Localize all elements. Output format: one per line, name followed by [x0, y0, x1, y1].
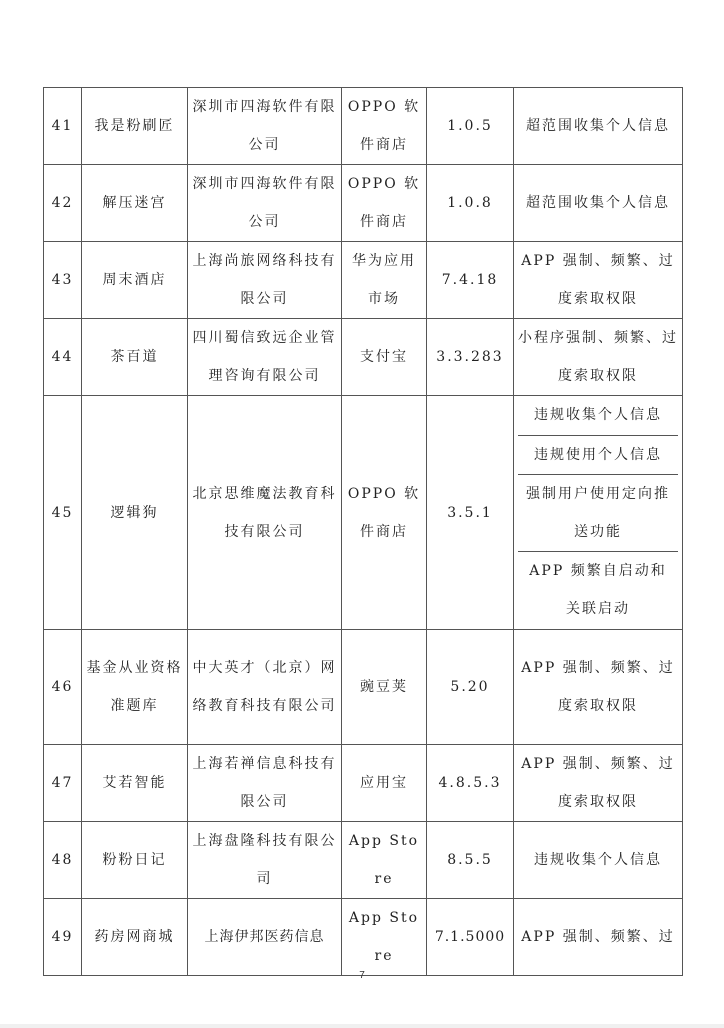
- app-store: App Store: [342, 822, 427, 899]
- company-name: 中大英才（北京）网络教育科技有限公司: [188, 630, 342, 745]
- app-store: 应用宝: [342, 745, 427, 822]
- app-version: 7.4.18: [427, 242, 514, 319]
- row-number: 45: [44, 396, 82, 630]
- issue: 违规收集个人信息: [514, 822, 683, 899]
- row-number: 47: [44, 745, 82, 822]
- issue: APP 强制、频繁、过度索取权限: [514, 630, 683, 745]
- app-store: 豌豆荚: [342, 630, 427, 745]
- issue: APP 强制、频繁、过度索取权限: [514, 745, 683, 822]
- issue: APP 强制、频繁、过度索取权限: [514, 242, 683, 319]
- issue: 超范围收集个人信息: [514, 165, 683, 242]
- row-number: 44: [44, 319, 82, 396]
- page-edge: [0, 1024, 724, 1028]
- table-row: 43 周末酒店 上海尚旅网络科技有限公司 华为应用市场 7.4.18 APP 强…: [44, 242, 683, 319]
- app-name: 周末酒店: [82, 242, 188, 319]
- app-version: 5.20: [427, 630, 514, 745]
- app-name: 药房网商城: [82, 899, 188, 976]
- row-number: 41: [44, 88, 82, 165]
- app-name: 艾若智能: [82, 745, 188, 822]
- app-name: 解压迷宫: [82, 165, 188, 242]
- app-store: 支付宝: [342, 319, 427, 396]
- app-name: 茶百道: [82, 319, 188, 396]
- app-version: 4.8.5.3: [427, 745, 514, 822]
- table-row: 44 茶百道 四川蜀信致远企业管理咨询有限公司 支付宝 3.3.283 小程序强…: [44, 319, 683, 396]
- app-store: OPPO 软件商店: [342, 88, 427, 165]
- app-store: 华为应用市场: [342, 242, 427, 319]
- table-row: 47 艾若智能 上海若禅信息科技有限公司 应用宝 4.8.5.3 APP 强制、…: [44, 745, 683, 822]
- app-name: 粉粉日记: [82, 822, 188, 899]
- app-version: 7.1.5000: [427, 899, 514, 976]
- app-version: 1.0.8: [427, 165, 514, 242]
- table-row: 49 药房网商城 上海伊邦医药信息 App Store 7.1.5000 APP…: [44, 899, 683, 976]
- row-number: 46: [44, 630, 82, 745]
- issue: 强制用户使用定向推送功能: [518, 474, 678, 551]
- page-number: 7: [0, 970, 724, 981]
- company-name: 上海尚旅网络科技有限公司: [188, 242, 342, 319]
- issue: 超范围收集个人信息: [514, 88, 683, 165]
- issue: 违规使用个人信息: [518, 435, 678, 474]
- app-version: 3.3.283: [427, 319, 514, 396]
- table-row: 45 逻辑狗 北京思维魔法教育科技有限公司 OPPO 软件商店 3.5.1 违规…: [44, 396, 683, 630]
- issue: APP 频繁自启动和关联启动: [518, 551, 678, 629]
- company-name: 深圳市四海软件有限公司: [188, 88, 342, 165]
- company-name: 四川蜀信致远企业管理咨询有限公司: [188, 319, 342, 396]
- row-number: 43: [44, 242, 82, 319]
- app-name: 我是粉刷匠: [82, 88, 188, 165]
- table-row: 48 粉粉日记 上海盘隆科技有限公司 App Store 8.5.5 违规收集个…: [44, 822, 683, 899]
- company-name: 北京思维魔法教育科技有限公司: [188, 396, 342, 630]
- company-name: 上海伊邦医药信息: [188, 899, 342, 976]
- app-store: OPPO 软件商店: [342, 165, 427, 242]
- issue: APP 强制、频繁、过: [514, 899, 683, 976]
- company-name: 深圳市四海软件有限公司: [188, 165, 342, 242]
- row-number: 48: [44, 822, 82, 899]
- app-name: 基金从业资格准题库: [82, 630, 188, 745]
- issue: 小程序强制、频繁、过度索取权限: [514, 319, 683, 396]
- company-name: 上海若禅信息科技有限公司: [188, 745, 342, 822]
- app-version: 1.0.5: [427, 88, 514, 165]
- app-store: OPPO 软件商店: [342, 396, 427, 630]
- app-name: 逻辑狗: [82, 396, 188, 630]
- table-row: 41 我是粉刷匠 深圳市四海软件有限公司 OPPO 软件商店 1.0.5 超范围…: [44, 88, 683, 165]
- issue: 违规收集个人信息: [518, 396, 678, 435]
- app-version: 8.5.5: [427, 822, 514, 899]
- violation-table: 41 我是粉刷匠 深圳市四海软件有限公司 OPPO 软件商店 1.0.5 超范围…: [43, 87, 683, 976]
- row-number: 49: [44, 899, 82, 976]
- issue-list: 违规收集个人信息 违规使用个人信息 强制用户使用定向推送功能 APP 频繁自启动…: [514, 396, 683, 630]
- app-version: 3.5.1: [427, 396, 514, 630]
- company-name: 上海盘隆科技有限公司: [188, 822, 342, 899]
- table-row: 46 基金从业资格准题库 中大英才（北京）网络教育科技有限公司 豌豆荚 5.20…: [44, 630, 683, 745]
- table-row: 42 解压迷宫 深圳市四海软件有限公司 OPPO 软件商店 1.0.8 超范围收…: [44, 165, 683, 242]
- app-store: App Store: [342, 899, 427, 976]
- row-number: 42: [44, 165, 82, 242]
